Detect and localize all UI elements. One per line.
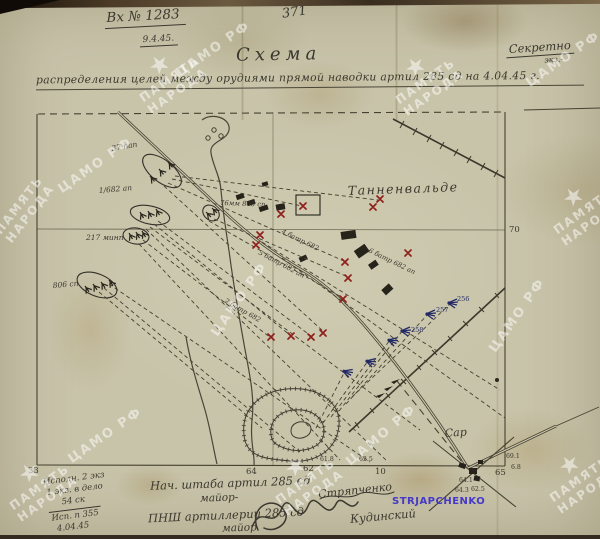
enemy-target-number: 256 [457,295,469,303]
map-annotation: 2 батр 682 [222,296,262,324]
enemy-target-number: 257 [436,306,448,314]
fire-direction-lines [99,176,505,462]
grid-number: 70 [509,225,520,235]
map-frame [37,108,600,466]
signer2-rank: майор [222,521,257,534]
battery-label: 217 минп [85,233,124,242]
spot-height: 62.5 [471,486,485,493]
battery-label: 37 пап [111,140,138,153]
secrecy-block: Секретно экз.- [505,34,575,68]
railway-line [349,119,505,432]
spot-height: 6.8 [511,464,521,471]
scanned-map-document: Вх № 1283 9.4.45. 371 Секретно экз.- Схе… [0,0,600,539]
execution-note: Исполн. 2 экз 1 экз. в дело 54 ск Исп. п… [35,470,111,537]
grid-number: 33 [28,466,39,476]
scan-corner-tear [0,0,60,14]
spot-height: 64.1 [459,477,473,484]
document-title: Схема [236,43,322,65]
grid-number: 10 [375,467,386,477]
road-secondary [397,381,599,511]
map-annotation: 4 батр 682 [279,227,320,252]
spot-height: 64.3 [455,487,469,494]
village-label: Танненвальде [348,179,459,198]
incoming-stamp: Вх № 1283 9.4.45. [104,6,187,49]
battery-ovals [73,148,222,303]
ocr-name-overlay: STRJAPCHENKO [392,496,485,507]
grid-lines [37,112,505,465]
gun-icons [82,160,219,294]
target-x-icons [253,196,411,340]
enemy-target-number: 258 [411,326,423,334]
map-annotation: 76мм 805 сп [220,199,266,209]
battery-label: 1/682 ап [98,183,132,195]
battery-label: 806 сп [52,279,79,290]
spot-height: 69.1 [506,453,520,460]
grid-number: 65 [495,468,506,478]
spot-height: 61.8 [320,456,334,463]
hill-contours [244,389,339,462]
scan-edge-bottom [0,535,600,539]
signer1-rank: майор- [200,491,239,504]
spot-height: 62.5 [359,456,373,463]
incoming-number: Вх № 1283 [104,6,186,29]
incoming-date: 9.4.45. [139,32,177,47]
place-label: Сар [444,425,467,440]
map-annotation: 5 батр 682 ап [257,249,306,280]
river [186,116,254,465]
